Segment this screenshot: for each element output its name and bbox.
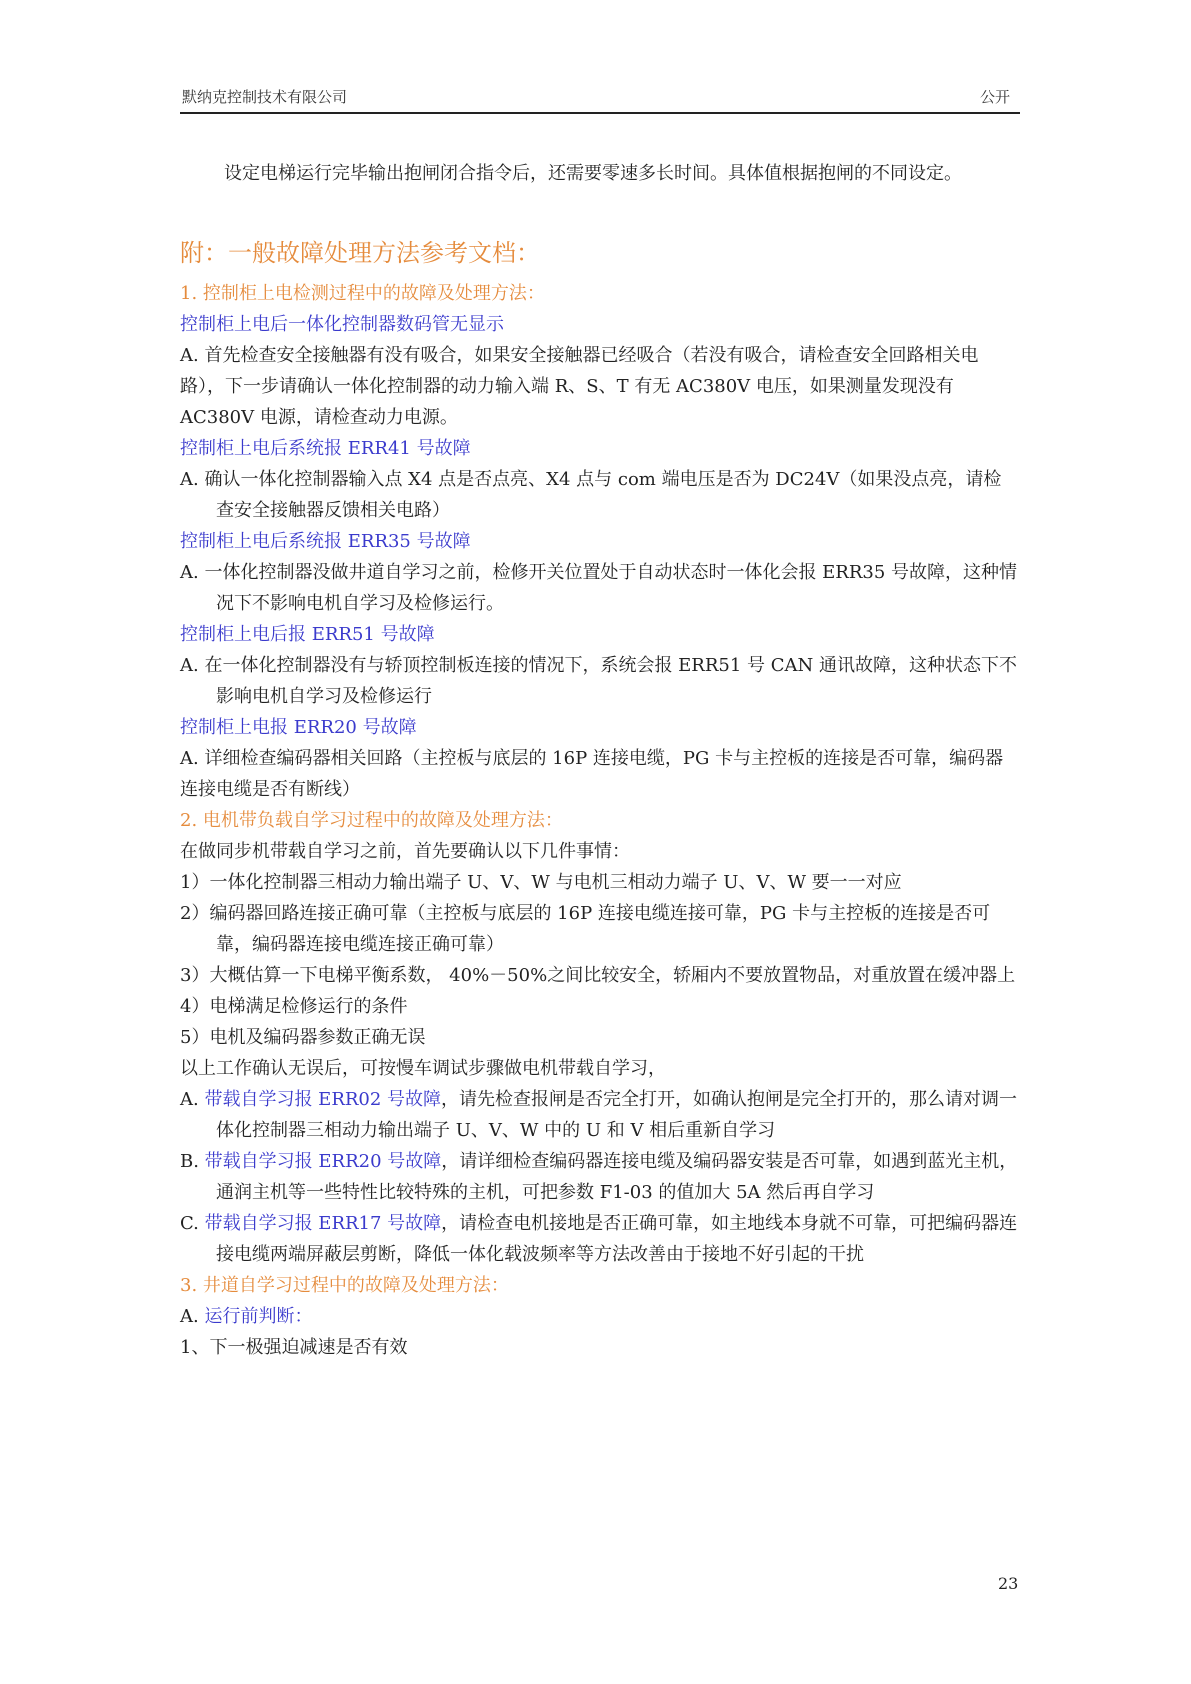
company-name: 默纳克控制技术有限公司 [182,86,347,107]
fault-description: A. 首先检查安全接触器有没有吸合，如果安全接触器已经吸合（若没有吸合，请检查安… [180,340,1018,433]
fault-description: A. 一体化控制器没做井道自学习之前，检修开关位置处于自动状态时一体化会报 ER… [180,557,1018,619]
fault-subheading: 带载自学习报 ERR02 号故障 [204,1089,441,1110]
sub-prefix: A. [180,1306,204,1327]
checklist-item: 4）电梯满足检修运行的条件 [180,991,1018,1022]
intro-paragraph: 设定电梯运行完毕输出抱闸闭合指令后，还需要零速多长时间。具体值根据抱闸的不同设定… [180,150,1018,198]
classification-label: 公开 [980,86,1010,107]
load-fault-item: A. 带载自学习报 ERR02 号故障，请先检查报闸是否完全打开，如确认抱闸是完… [180,1084,1018,1146]
fault-subheading: 控制柜上电后系统报 ERR41 号故障 [180,433,1018,464]
page-body: 设定电梯运行完毕输出抱闸闭合指令后，还需要零速多长时间。具体值根据抱闸的不同设定… [180,150,1018,1363]
fault-description: A. 在一体化控制器没有与轿顶控制板连接的情况下，系统会报 ERR51 号 CA… [180,650,1018,712]
checklist-item: 1）一体化控制器三相动力输出端子 U、V、W 与电机三相动力端子 U、V、W 要… [180,867,1018,898]
checklist-item: 5）电机及编码器参数正确无误 [180,1022,1018,1053]
load-fault-item: C. 带载自学习报 ERR17 号故障，请检查电机接地是否正确可靠，如主地线本身… [180,1208,1018,1270]
fault-description: A. 确认一体化控制器输入点 X4 点是否点亮、X4 点与 com 端电压是否为… [180,464,1018,526]
load-fault-item: B. 带载自学习报 ERR20 号故障，请详细检查编码器连接电缆及编码器安装是否… [180,1146,1018,1208]
fault-prefix: C. [180,1213,205,1234]
fault-subheading: 控制柜上电后系统报 ERR35 号故障 [180,526,1018,557]
section-2-heading: 2. 电机带负载自学习过程中的故障及处理方法： [180,805,1018,836]
pre-run-subheading: 运行前判断： [204,1306,312,1327]
pre-run-item: 1、下一极强迫减速是否有效 [180,1332,1018,1363]
checklist-item: 3）大概估算一下电梯平衡系数， 40%－50%之间比较安全，轿厢内不要放置物品，… [180,960,1018,991]
fault-subheading: 带载自学习报 ERR17 号故障 [205,1213,442,1234]
section-3-heading: 3. 井道自学习过程中的故障及处理方法： [180,1270,1018,1301]
appendix-title: 附：一般故障处理方法参考文档： [180,236,1018,270]
checklist-item: 2）编码器回路连接正确可靠（主控板与底层的 16P 连接电缆连接可靠，PG 卡与… [180,898,1018,960]
fault-subheading: 控制柜上电报 ERR20 号故障 [180,712,1018,743]
fault-prefix: A. [180,1089,204,1110]
fault-description: A. 详细检查编码器相关回路（主控板与底层的 16P 连接电缆，PG 卡与主控板… [180,743,1018,805]
page-number: 23 [998,1574,1018,1593]
page-header: 默纳克控制技术有限公司 公开 [180,86,1020,114]
checklist-after: 以上工作确认无误后，可按慢车调试步骤做电机带载自学习， [180,1053,1018,1084]
checklist-lead: 在做同步机带载自学习之前，首先要确认以下几件事情： [180,836,1018,867]
section-1-heading: 1. 控制柜上电检测过程中的故障及处理方法： [180,278,1018,309]
fault-prefix: B. [180,1151,205,1172]
fault-subheading: 带载自学习报 ERR20 号故障 [205,1151,442,1172]
fault-subheading: 控制柜上电后一体化控制器数码管无显示 [180,309,1018,340]
pre-run-check: A. 运行前判断： [180,1301,1018,1332]
fault-subheading: 控制柜上电后报 ERR51 号故障 [180,619,1018,650]
